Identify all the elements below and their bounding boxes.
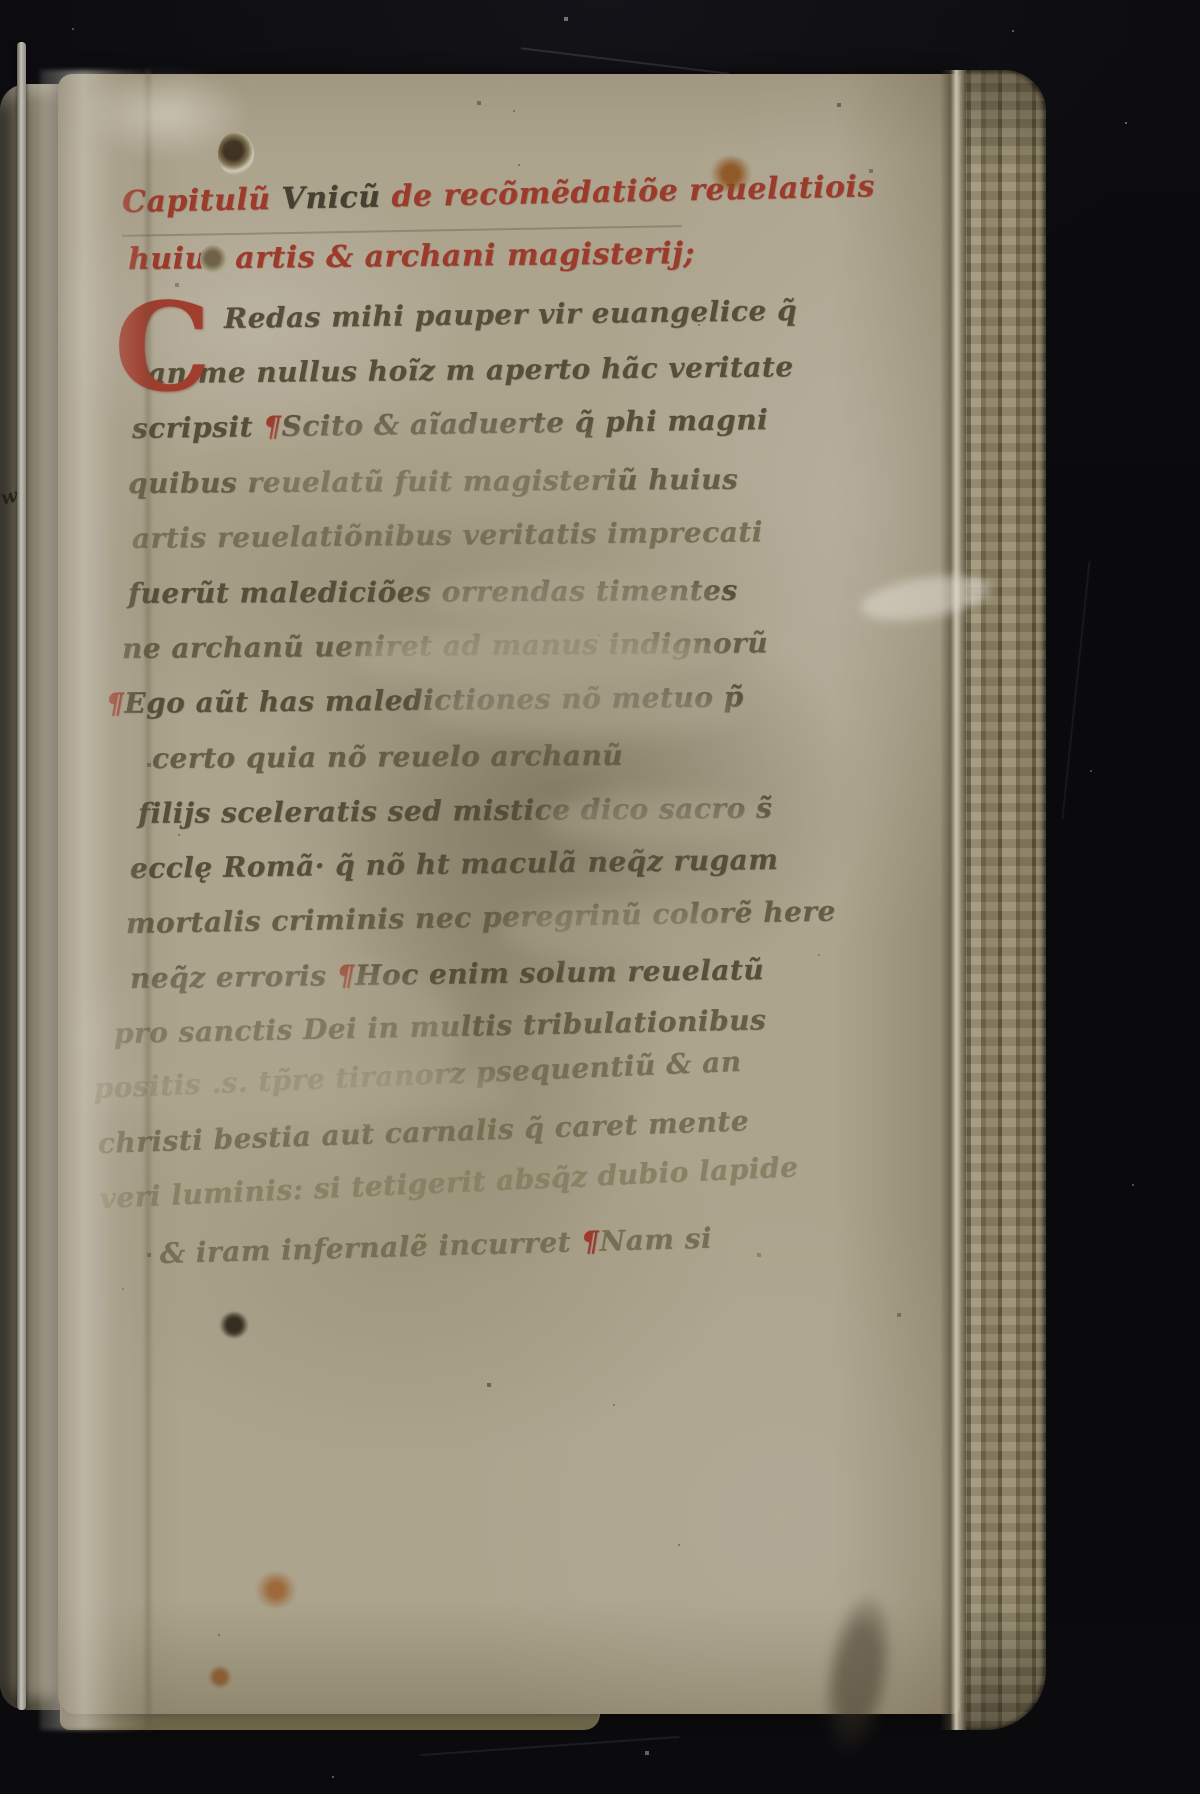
paragraph-mark: ¶ [336,959,355,992]
body-line: artis reuelatiõnibus veritatis imprecati [132,515,781,577]
line-text: certo quia nõ reuelo archanũ [152,739,623,775]
gutter-fuzz [40,70,150,1730]
line-text: quibus reuelatũ fuit magisteriũ huius [128,463,738,500]
gutter-seam [146,70,150,1730]
dust-specks [0,0,2,2]
line-text: an me nullus hoĩz m aperto hãc veritate [148,350,794,390]
body-line: scripsit ¶Scito & aĩaduerte q̃ phi magni [132,403,781,467]
body-line: & iram infernalẽ incurret ¶Nam si [159,1220,780,1292]
line-text: ne archanũ ueniret ad manus indignorũ [122,626,768,665]
line-text: Ego aũt has maledictiones nõ metuo p̃ [124,680,744,719]
wormhole-stain [200,244,228,276]
fore-edge-stack [960,70,1046,1730]
body-line: certo quia nõ reuelo archanũ [152,738,780,797]
line-text: neq̃z erroris [130,959,337,995]
line-text: Nam si [599,1222,712,1258]
body-line: mortalis criminis nec peregrinũ colorẽ h… [126,896,781,962]
body-line: quibus reuelatũ fuit magisteriũ huius [128,462,780,522]
body-line: ne archanũ ueniret ad manus indignorũ [122,626,780,687]
line-text: artis reuelatiõnibus veritatis imprecati [132,515,763,555]
paragraph-mark: ¶ [581,1225,600,1258]
line-text: filijs sceleratis sed mistice dico sacro… [138,791,773,830]
rubric-text: de recõmẽdatiõe reuelatiois [380,169,875,214]
line-text: Scito & aĩaduerte q̃ phi magni [281,403,768,443]
line-text: Hoc enim solum reuelatũ [355,953,765,992]
rust-stain [208,1666,232,1688]
parchment-page: Capitulũ Vnicũ de recõmẽdatiõe reuelatio… [58,74,960,1714]
body-line: ¶Ego aũt has maledictiones nõ metuo p̃ [106,680,781,742]
cradle-rod [17,42,26,1710]
body-line: Redas mihi pauper vir euangelice q̃ [224,294,781,357]
spine-fuzz [50,66,280,186]
body-line: an me nullus hoĩz m aperto hãc veritate [148,350,781,412]
rubric-correction: Vnicũ [281,180,381,217]
text-block: Capitulũ Vnicũ de recõmẽdatiõe reuelatio… [120,174,780,1292]
body-line: filijs sceleratis sed mistice dico sacro… [138,791,780,852]
body-line: fuerũt malediciões orrendas timentes [128,574,780,632]
line-text: Redas mihi pauper vir euangelice q̃ [224,294,798,335]
line-text: & iram infernalẽ incurret [159,1225,581,1270]
page-curl-crease [940,70,966,1730]
rust-stain [254,1572,298,1608]
line-text: fuerũt malediciões orrendas timentes [128,574,738,610]
manuscript-book: Capitulũ Vnicũ de recõmẽdatiõe reuelatio… [34,70,1046,1730]
paragraph-mark: ¶ [263,410,282,443]
rust-stain [710,156,752,192]
ink-blot [220,1312,248,1338]
